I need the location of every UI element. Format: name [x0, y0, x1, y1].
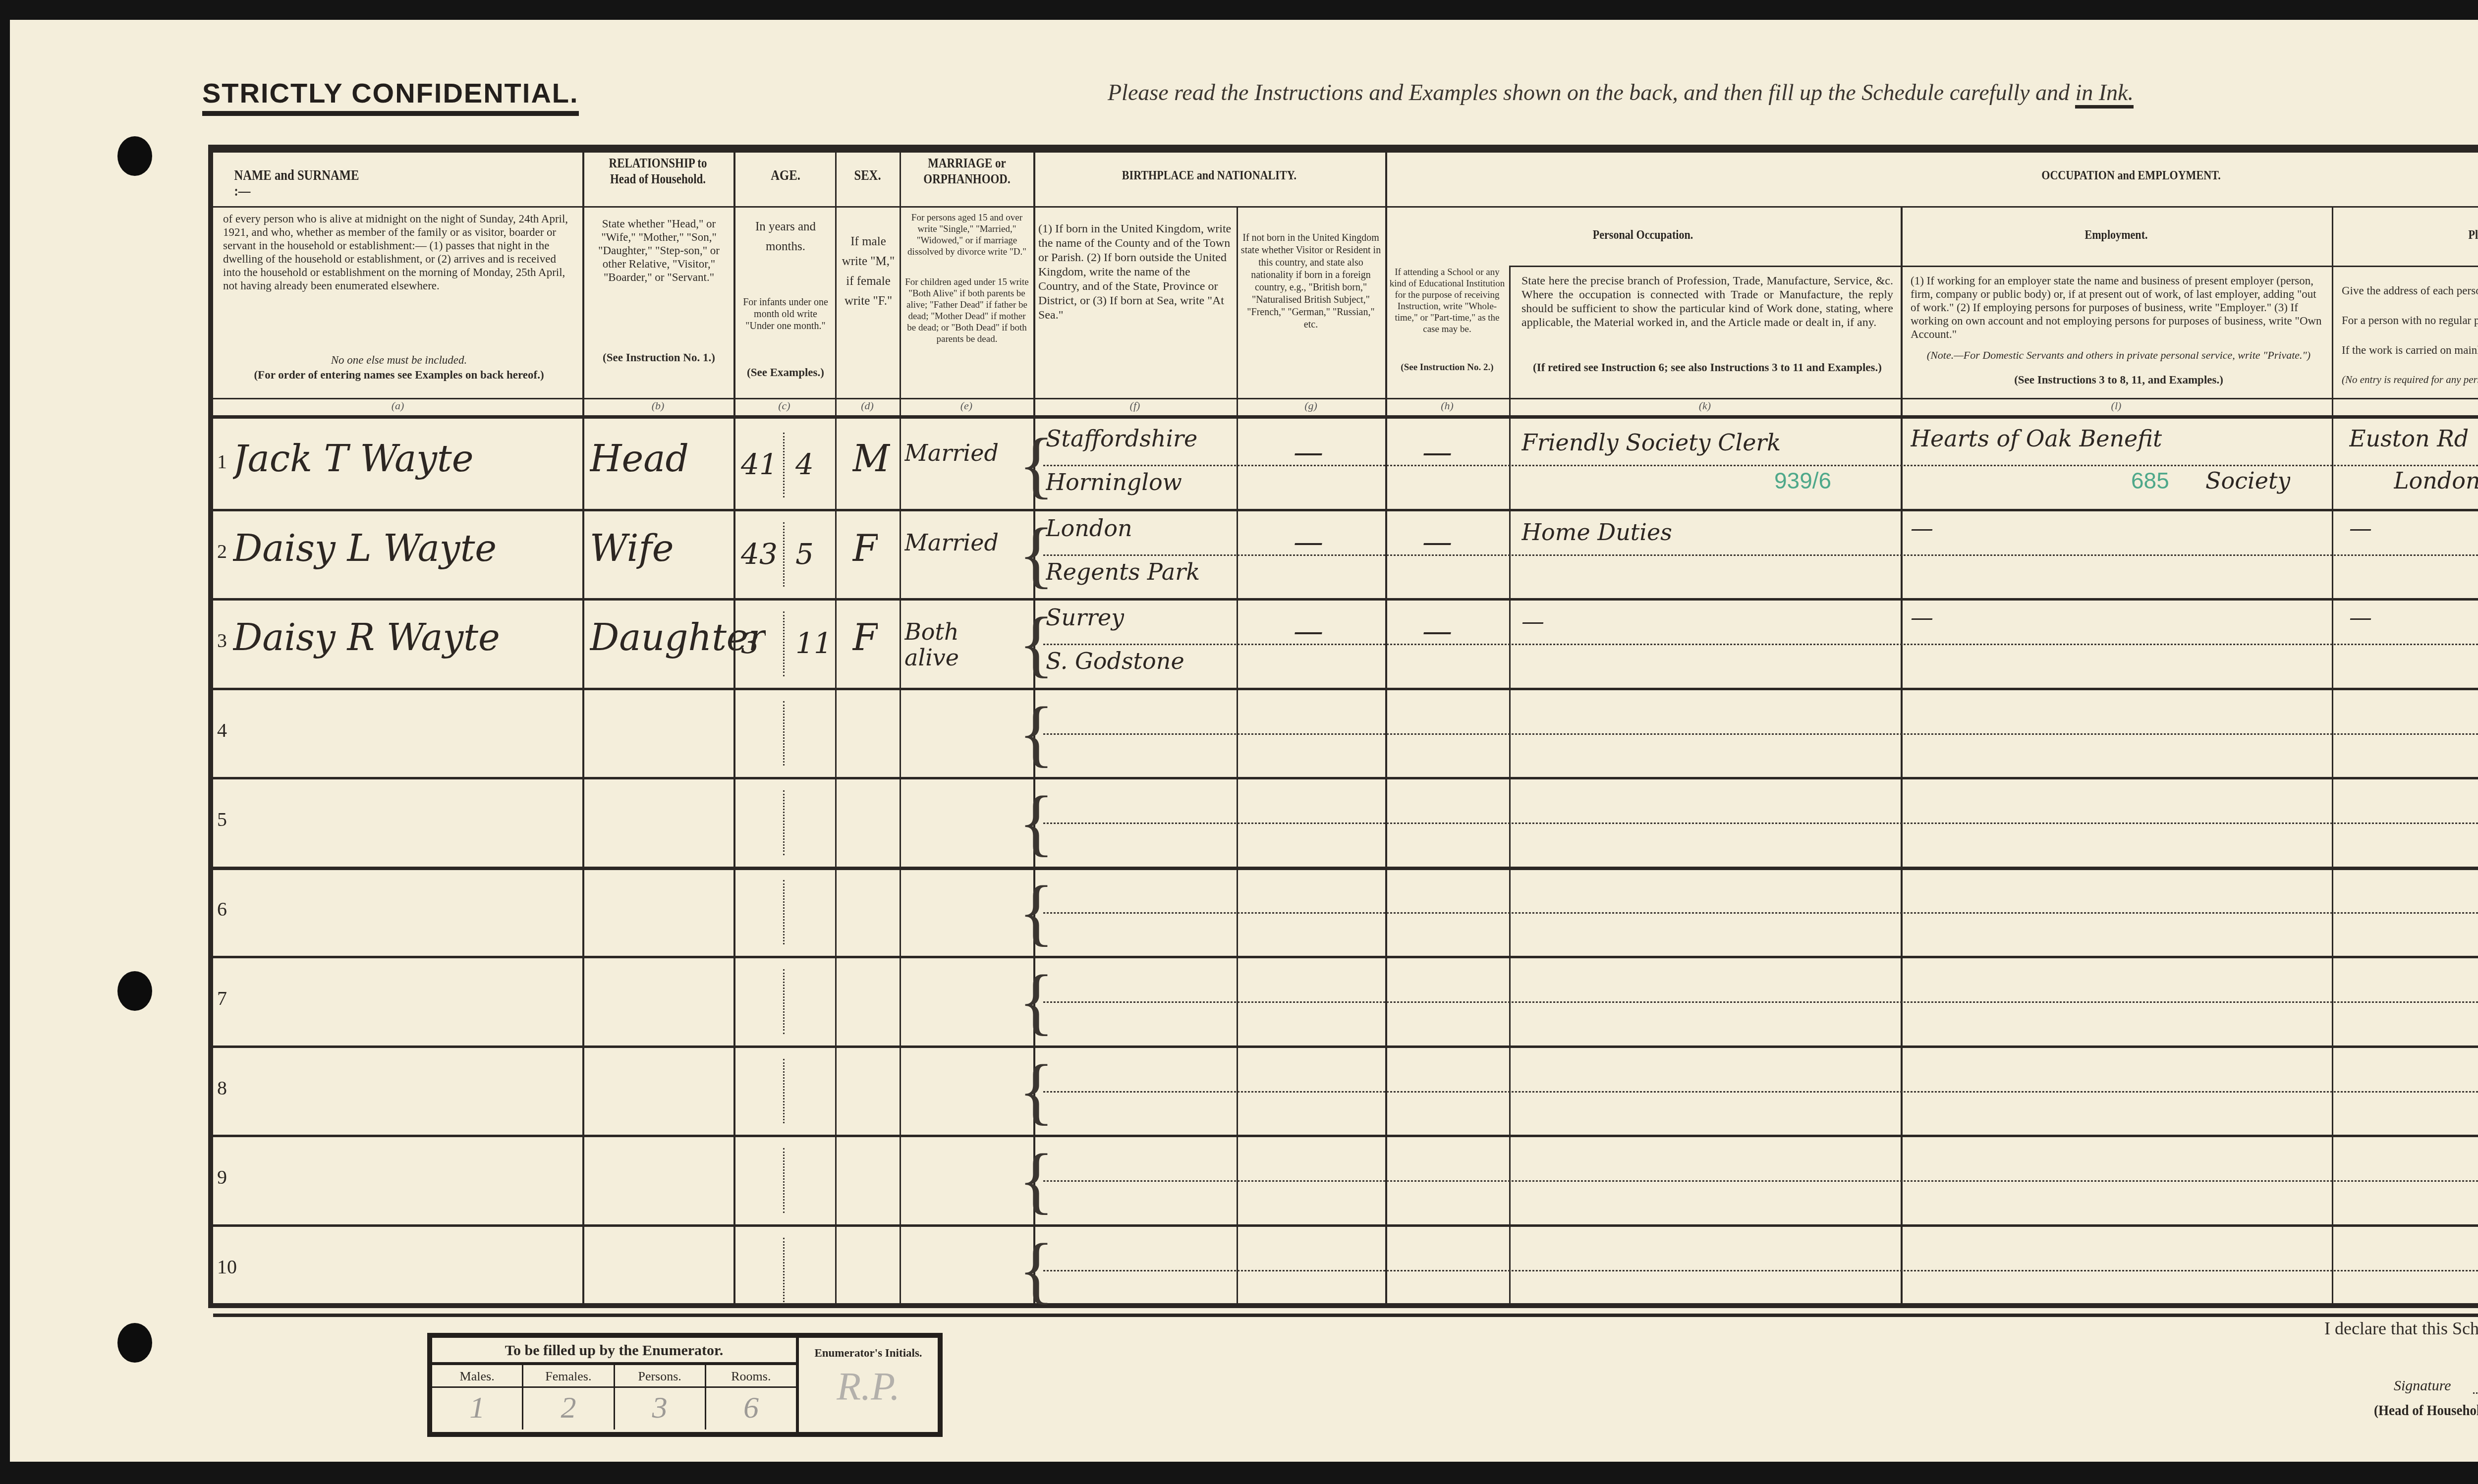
col-b-letter: (b) — [582, 399, 733, 412]
household-schedule-table: NAME and SURNAME :— of every person who … — [208, 145, 2478, 1308]
males-label: Males. — [432, 1365, 522, 1388]
employer-field[interactable]: Hearts of Oak Benefit — [1911, 425, 2162, 452]
row-number: 5 — [217, 808, 227, 831]
name-field[interactable]: Jack T Wayte — [233, 438, 474, 480]
birthplace-county-field[interactable]: Staffordshire — [1046, 425, 1197, 452]
education-field[interactable]: — — [1422, 614, 1452, 649]
occupation-title: OCCUPATION and EMPLOYMENT. — [1499, 167, 2478, 183]
birthplace-brace-icon: { — [1018, 1054, 1054, 1128]
table-row: 5{UnderOneAge last birthday.123456789101… — [213, 778, 2478, 868]
occupation-field[interactable]: Friendly Society Clerk — [1521, 429, 1781, 456]
table-row: 6{UnderOneAge last birthday.123456789101… — [213, 868, 2478, 957]
col-l-instructions: (1) If working for an employer state the… — [1911, 274, 2327, 341]
col-l-title: Employment. — [1935, 227, 2298, 243]
table-row: 4{UnderOneAge last birthday.123456789101… — [213, 689, 2478, 778]
col-d-instructions: If male write "M," if female write "F." — [839, 232, 898, 311]
table-row: 10{UnderOneAge last birthday.12345678910… — [213, 1225, 2478, 1315]
nationality-field[interactable]: — — [1294, 525, 1323, 559]
sex-field[interactable]: F — [852, 527, 878, 570]
name-field[interactable]: Daisy R Wayte — [233, 616, 500, 659]
enumerator-initials-label: Enumerator's Initials. — [799, 1338, 938, 1360]
col-k-instructions: State here the precise branch of Profess… — [1521, 274, 1893, 330]
workplace-field-line2[interactable]: London NW1 — [2394, 467, 2478, 494]
col-e-children: For children aged under 15 write "Both A… — [903, 276, 1031, 345]
age-years-field[interactable]: 43 — [741, 537, 778, 571]
birthplace-county-field[interactable]: Surrey — [1046, 604, 1124, 631]
birthplace-brace-icon: { — [1018, 964, 1054, 1039]
table-row: 1{Jack T WayteHead414MMarriedStaffordshi… — [213, 420, 2478, 510]
punch-hole — [117, 971, 152, 1011]
row-number: 2 — [217, 540, 227, 563]
persons-field[interactable]: 3 — [615, 1388, 705, 1428]
col-d-letter: (d) — [835, 399, 900, 412]
col-d-title: SEX. — [841, 167, 894, 183]
col-f-instructions: (1) If born in the United Kingdom, write… — [1038, 222, 1234, 323]
col-l-note: (See Instructions 3 to 8, 11, and Exampl… — [1911, 373, 2327, 386]
rooms-label: Rooms. — [706, 1365, 796, 1388]
occupation-code: 939/6 — [1774, 467, 1831, 494]
col-a-note: No one else must be included. — [223, 353, 575, 367]
row-number: 9 — [217, 1165, 227, 1189]
col-m-address: Give the address of each person's place … — [2342, 284, 2478, 297]
age-months-field[interactable]: 11 — [795, 626, 832, 660]
relationship-field[interactable]: Daughter — [590, 616, 766, 659]
name-field[interactable]: Daisy L Wayte — [233, 527, 497, 570]
birthplace-brace-icon: { — [1018, 785, 1054, 860]
sex-field[interactable]: F — [852, 616, 878, 659]
table-row: 7{UnderOneAge last birthday.123456789101… — [213, 957, 2478, 1046]
col-h-note: (See Instruction No. 2.) — [1388, 361, 1507, 374]
col-h-letter: (h) — [1385, 399, 1509, 412]
sex-field[interactable]: M — [852, 438, 890, 480]
occupation-field[interactable]: — — [1521, 608, 1544, 635]
row-number: 8 — [217, 1076, 227, 1099]
workplace-field[interactable]: — — [2349, 515, 2372, 542]
birthplace-town-field[interactable]: S. Godstone — [1046, 648, 1184, 674]
enumerator-box-title: To be filled up by the Enumerator. — [432, 1338, 796, 1365]
confidential-heading: STRICTLY CONFIDENTIAL. — [202, 77, 579, 116]
row-number: 3 — [217, 629, 227, 652]
education-field[interactable]: — — [1422, 435, 1452, 470]
col-c-infants: For infants under one month old write "U… — [738, 296, 833, 332]
females-label: Females. — [523, 1365, 613, 1388]
col-m-note: (No entry is required for any person who… — [2342, 373, 2478, 386]
col-m-no-fixed: For a person with no regular place of wo… — [2342, 314, 2478, 327]
birthplace-brace-icon: { — [1018, 875, 1054, 949]
instructions-line: Please read the Instructions and Example… — [1108, 79, 2134, 106]
persons-label: Persons. — [615, 1365, 705, 1388]
birthplace-county-field[interactable]: London — [1046, 515, 1132, 542]
col-a-letter: (a) — [213, 399, 582, 412]
table-row: 8{UnderOneAge last birthday.123456789101… — [213, 1046, 2478, 1136]
marriage-field[interactable]: Both alive — [904, 619, 1018, 670]
signature-line — [2473, 1392, 2478, 1394]
table-row: 9{UnderOneAge last birthday.123456789101… — [213, 1136, 2478, 1225]
age-years-field[interactable]: 3 — [741, 626, 759, 660]
col-e-adults: For persons aged 15 and over write "Sing… — [903, 212, 1031, 258]
col-m-title: Place of Work. — [2360, 227, 2478, 243]
row-number: 6 — [217, 897, 227, 921]
col-e-letter: (e) — [900, 399, 1033, 412]
signature-label: Signature — [2394, 1377, 2451, 1394]
birthplace-town-field[interactable]: Regents Park — [1046, 558, 1200, 585]
marriage-field[interactable]: Married — [904, 530, 1018, 555]
age-years-field[interactable]: 41 — [741, 447, 778, 481]
col-b-title: RELATIONSHIP to Head of Household. — [596, 155, 720, 187]
nationality-field[interactable]: — — [1294, 614, 1323, 649]
row-number: 10 — [217, 1255, 237, 1278]
declaration-text: I declare that this Schedule is correctl… — [2324, 1318, 2478, 1339]
employment-code: 685 — [2131, 467, 2169, 494]
birthplace-brace-icon: { — [1018, 1143, 1054, 1217]
occupation-field[interactable]: Home Duties — [1521, 519, 1672, 546]
col-e-title: MARRIAGE or ORPHANHOOD. — [912, 155, 1022, 187]
birthplace-town-field[interactable]: Horninglow — [1046, 469, 1182, 495]
col-g-instructions: If not born in the United Kingdom state … — [1239, 232, 1383, 331]
col-c-note: (See Examples.) — [738, 366, 833, 379]
col-b-note: (See Instruction No. 1.) — [586, 351, 732, 364]
enumerator-initials-field[interactable]: R.P. — [799, 1360, 938, 1410]
employer-field-line2[interactable]: Society — [2205, 467, 2290, 494]
col-m-at-home: If the work is carried on mainly at home… — [2342, 343, 2478, 357]
row-number: 4 — [217, 718, 227, 742]
col-k-letter: (k) — [1509, 399, 1901, 412]
col-k-note: (If retired see Instruction 6; see also … — [1521, 361, 1893, 374]
punch-hole — [117, 136, 152, 176]
workplace-field[interactable]: Euston Rd — [2349, 425, 2469, 452]
nationality-field[interactable]: — — [1294, 435, 1323, 470]
enumerator-summary-box: To be filled up by the Enumerator. Males… — [427, 1333, 943, 1437]
employer-field[interactable]: — — [1911, 515, 1933, 542]
marriage-field[interactable]: Married — [904, 440, 1018, 466]
workplace-field[interactable]: — — [2349, 604, 2372, 631]
col-m-letter: (m) — [2332, 399, 2478, 412]
in-ink-emphasis: in Ink. — [2075, 80, 2134, 109]
col-l-letter: (l) — [1901, 399, 2332, 412]
females-field[interactable]: 2 — [523, 1388, 613, 1428]
row-number: 1 — [217, 450, 227, 473]
education-field[interactable]: — — [1422, 525, 1452, 559]
table-row: 3{Daisy R WayteDaughter311FBoth aliveSur… — [213, 599, 2478, 689]
age-months-field[interactable]: 5 — [795, 537, 814, 571]
col-a-instructions: of every person who is alive at midnight… — [223, 212, 575, 292]
col-b-instructions: State whether "Head," or "Wife," "Mother… — [586, 217, 732, 284]
age-months-field[interactable]: 4 — [795, 447, 814, 481]
col-g-letter: (g) — [1237, 399, 1385, 412]
col-a-title: NAME and SURNAME :— — [234, 167, 361, 199]
col-a-order-note: (For order of entering names see Example… — [223, 368, 575, 382]
col-h-instructions: If attending a School or any kind of Edu… — [1388, 267, 1507, 335]
rooms-field[interactable]: 6 — [706, 1388, 796, 1428]
males-field[interactable]: 1 — [432, 1388, 522, 1428]
birthplace-title: BIRTHPLACE and NATIONALITY. — [1062, 167, 1357, 183]
relationship-field[interactable]: Head — [590, 438, 689, 480]
row-number: 7 — [217, 987, 227, 1010]
col-c-title: AGE. — [743, 167, 828, 183]
birthplace-brace-icon: { — [1018, 696, 1054, 770]
signature-note: (Head of Household, Manager of Establish… — [2374, 1402, 2478, 1419]
employer-field[interactable]: — — [1911, 604, 1933, 631]
table-row: 2{Daisy L WayteWife435FMarriedLondonRege… — [213, 510, 2478, 600]
punch-hole — [117, 1323, 152, 1363]
col-l-domestic-note: (Note.—For Domestic Servants and others … — [1911, 348, 2327, 362]
relationship-field[interactable]: Wife — [590, 527, 674, 570]
col-c-letter: (c) — [733, 399, 835, 412]
col-f-letter: (f) — [1033, 399, 1237, 412]
col-c-instructions: In years and months. — [738, 217, 833, 257]
col-k-title: Personal Occupation. — [1426, 227, 1860, 243]
birthplace-brace-icon: { — [1018, 1233, 1054, 1307]
